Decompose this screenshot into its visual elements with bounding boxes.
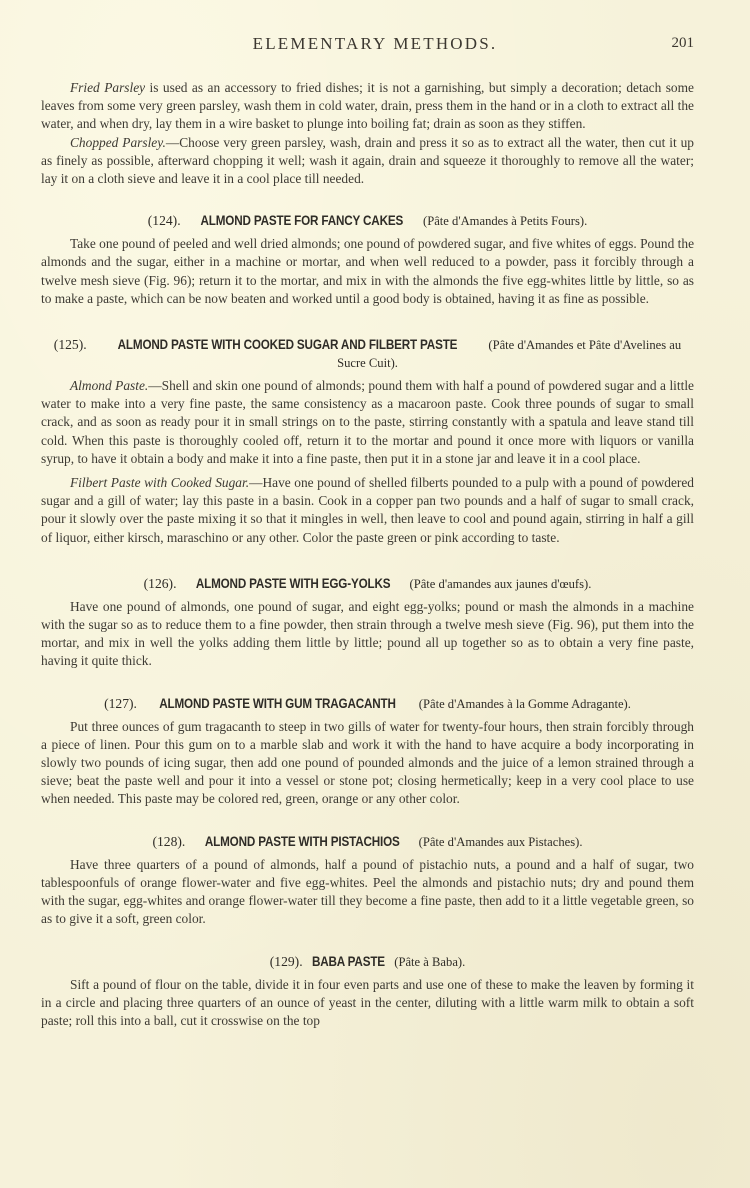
paragraph-filbert-paste: Filbert Paste with Cooked Sugar.—Have on… [41,474,694,547]
paragraph-chopped-parsley: Chopped Parsley.—Choose very green parsl… [41,134,694,189]
recipe-title: ALMOND PASTE WITH PISTACHIOS [205,833,400,851]
paragraph-text: Take one pound of peeled and well dried … [41,236,694,306]
paragraph-text: Sift a pound of flour on the table, divi… [41,977,694,1028]
paragraph-almond-paste: Almond Paste.—Shell and skin one pound o… [41,377,694,468]
recipe-heading-128: (128). ALMOND PASTE WITH PISTACHIOS (Pât… [41,833,694,851]
paragraph-text: Have three quarters of a pound of almond… [41,857,694,927]
paragraph: Have one pound of almonds, one pound of … [41,598,694,671]
paragraph-lead: Filbert Paste with Cooked Sugar. [70,475,249,490]
recipe-heading-127: (127). ALMOND PASTE WITH GUM TRAGACANTH … [41,695,694,713]
recipe-title: ALMOND PASTE WITH EGG-YOLKS [196,575,391,593]
paragraph-lead: Almond Paste. [70,378,148,393]
recipe-title: BABA PASTE [312,953,385,971]
recipe-french-title: (Pâte à Baba). [394,955,465,969]
page-number: 201 [672,35,695,52]
recipe-number: (124). [148,213,181,228]
recipe-number: (127). [104,696,137,711]
paragraph: Take one pound of peeled and well dried … [41,235,694,308]
paragraph-lead: Chopped Parsley. [70,135,166,150]
recipe-title: ALMOND PASTE FOR FANCY CAKES [201,212,404,230]
book-page: ELEMENTARY METHODS. 201 Fried Parsley is… [0,0,750,1188]
paragraph: Have three quarters of a pound of almond… [41,856,694,929]
recipe-heading-126: (126). ALMOND PASTE WITH EGG-YOLKS (Pâte… [41,575,694,593]
paragraph-lead: Fried Parsley [70,80,145,95]
recipe-title: ALMOND PASTE WITH COOKED SUGAR AND FILBE… [118,336,458,354]
recipe-french-title: (Pâte d'Amandes aux Pistaches). [419,835,583,849]
running-head: ELEMENTARY METHODS. 201 [0,34,750,54]
paragraph-text: Have one pound of almonds, one pound of … [41,599,694,669]
recipe-french-title: (Pâte d'amandes aux jaunes d'œufs). [410,577,592,591]
recipe-french-title: (Pâte d'Amandes à la Gomme Adragante). [419,697,631,711]
recipe-heading-125: (125). ALMOND PASTE WITH COOKED SUGAR AN… [41,336,694,372]
recipe-title: ALMOND PASTE WITH GUM TRAGACANTH [160,695,397,713]
recipe-french-title: (Pâte d'Amandes à Petits Fours). [423,214,587,228]
recipe-number: (125). [54,337,87,352]
paragraph: Put three ounces of gum tragacanth to st… [41,718,694,809]
paragraph-fried-parsley: Fried Parsley is used as an accessory to… [41,79,694,134]
paragraph: Sift a pound of flour on the table, divi… [41,976,694,1031]
recipe-number: (129). [270,954,303,969]
recipe-number: (128). [152,834,185,849]
paragraph-text: Put three ounces of gum tragacanth to st… [41,719,694,807]
page-content: Fried Parsley is used as an accessory to… [41,79,694,1030]
recipe-heading-129: (129). BABA PASTE (Pâte à Baba). [41,953,694,971]
recipe-number: (126). [144,576,177,591]
running-title: ELEMENTARY METHODS. [0,34,750,54]
recipe-heading-124: (124). ALMOND PASTE FOR FANCY CAKES (Pât… [41,212,694,230]
